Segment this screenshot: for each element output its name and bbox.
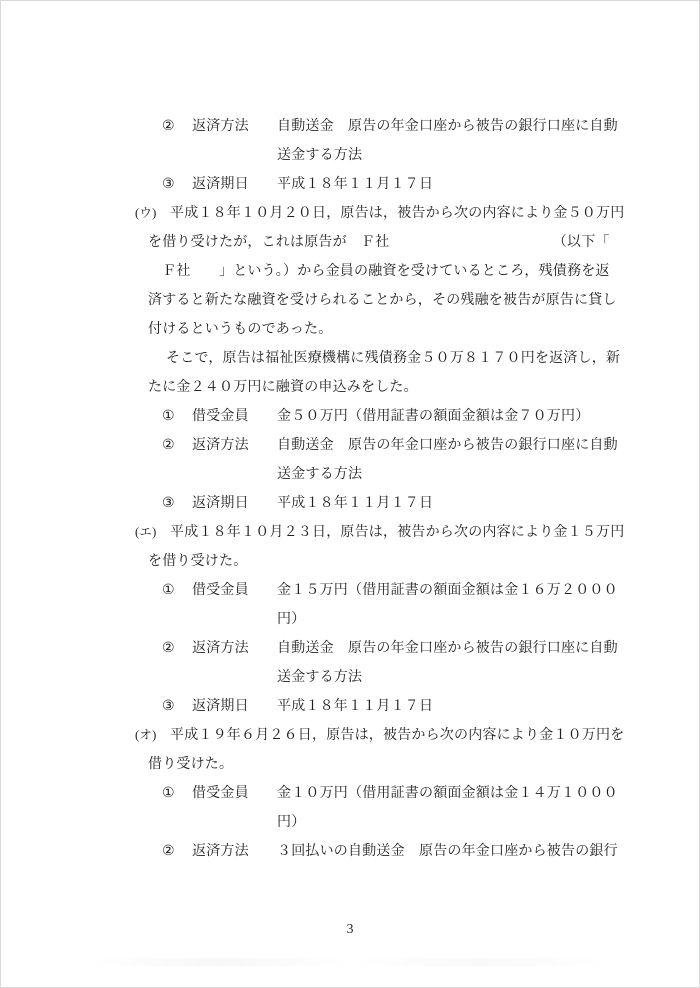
item-value: ３回払いの自動送金 原告の年金口座から被告の銀行 [277, 837, 618, 866]
document-line: ② 返済方法 自動送金 原告の年金口座から被告の銀行口座に自動 [0, 112, 700, 141]
paragraph-marker: (オ) [135, 721, 156, 750]
document-line: Ｆ社 」という。）から金員の融資を受けているところ，残債務を返 [0, 257, 700, 286]
item-number: ③ [162, 692, 175, 721]
document-line: そこで，原告は福祉医療機構に残債務金５０万８１７０円を返済し，新 [0, 344, 700, 373]
item-label: 返済期日 [192, 692, 249, 721]
document-line: 送金する方法 [0, 460, 700, 489]
item-label: 返済方法 [192, 634, 249, 663]
paragraph-text: を借り受けた。 [148, 547, 247, 576]
item-value-continuation: 円） [277, 605, 305, 634]
item-label: 借受金員 [192, 576, 249, 605]
document-line: 円） [0, 808, 700, 837]
paragraph-text: たに金２４０万円に融資の申込みをした。 [148, 373, 418, 402]
item-value: 自動送金 原告の年金口座から被告の銀行口座に自動 [277, 634, 618, 663]
item-label: 返済期日 [192, 170, 249, 199]
item-number: ③ [162, 170, 175, 199]
item-value-continuation: 円） [277, 808, 305, 837]
scanned-document-page: ② 返済方法 自動送金 原告の年金口座から被告の銀行口座に自動 送金する方法 ③… [0, 0, 700, 988]
document-line: ② 返済方法 ３回払いの自動送金 原告の年金口座から被告の銀行 [0, 837, 700, 866]
document-line: を借り受けた。 [0, 547, 700, 576]
document-line: ① 借受金員 金１５万円（借用証書の額面金額は金１６万２０００ [0, 576, 700, 605]
item-label: 返済方法 [192, 431, 249, 460]
document-line: 付けるというものであった。 [0, 315, 700, 344]
document-body: ② 返済方法 自動送金 原告の年金口座から被告の銀行口座に自動 送金する方法 ③… [0, 112, 700, 866]
paragraph-text: 平成１８年１０月２３日，原告は，被告から次の内容により金１５万円 [170, 518, 624, 547]
item-value: 金１０万円（借用証書の額面金額は金１４万１０００ [277, 779, 618, 808]
document-line: ③ 返済期日 平成１８年１１月１７日 [0, 692, 700, 721]
item-number: ② [162, 431, 175, 460]
item-number: ② [162, 634, 175, 663]
item-number: ① [162, 779, 175, 808]
document-line: ② 返済方法 自動送金 原告の年金口座から被告の銀行口座に自動 [0, 634, 700, 663]
paragraph-text: 平成１９年６月２６日，原告は，被告から次の内容により金１０万円を [170, 721, 624, 750]
item-label: 借受金員 [192, 402, 249, 431]
item-label: 借受金員 [192, 779, 249, 808]
document-line: ③ 返済期日 平成１８年１１月１７日 [0, 170, 700, 199]
item-label: 返済方法 [192, 837, 249, 866]
item-value-continuation: 送金する方法 [277, 460, 362, 489]
document-line: 送金する方法 [0, 663, 700, 692]
paragraph-text: を借り受けたが，これは原告が Ｆ社 （以下「 [148, 228, 610, 257]
document-line: (ウ) 平成１８年１０月２０日，原告は，被告から次の内容により金５０万円 [0, 199, 700, 228]
item-label: 返済期日 [192, 489, 249, 518]
document-line: (オ) 平成１９年６月２６日，原告は，被告から次の内容により金１０万円を [0, 721, 700, 750]
document-line: ② 返済方法 自動送金 原告の年金口座から被告の銀行口座に自動 [0, 431, 700, 460]
item-number: ③ [162, 489, 175, 518]
document-line: 円） [0, 605, 700, 634]
paragraph-text: Ｆ社 」という。）から金員の融資を受けているところ，残債務を返 [148, 257, 610, 286]
item-value: 自動送金 原告の年金口座から被告の銀行口座に自動 [277, 112, 618, 141]
document-line: 済すると新たな融資を受けられることから，その残融を被告が原告に貸し [0, 286, 700, 315]
paragraph-marker: (エ) [135, 518, 156, 547]
item-value: 金１５万円（借用証書の額面金額は金１６万２０００ [277, 576, 618, 605]
document-line: 送金する方法 [0, 141, 700, 170]
item-number: ① [162, 576, 175, 605]
paragraph-text: 平成１８年１０月２０日，原告は，被告から次の内容により金５０万円 [170, 199, 624, 228]
item-value: 金５０万円（借用証書の額面金額は金７０万円） [277, 402, 589, 431]
item-label: 返済方法 [192, 112, 249, 141]
item-number: ② [162, 837, 175, 866]
item-value-continuation: 送金する方法 [277, 141, 362, 170]
document-line: を借り受けたが，これは原告が Ｆ社 （以下「 [0, 228, 700, 257]
item-value: 自動送金 原告の年金口座から被告の銀行口座に自動 [277, 431, 618, 460]
document-line: ③ 返済期日 平成１８年１１月１７日 [0, 489, 700, 518]
item-value: 平成１８年１１月１７日 [277, 692, 433, 721]
document-line: たに金２４０万円に融資の申込みをした。 [0, 373, 700, 402]
document-line: (エ) 平成１８年１０月２３日，原告は，被告から次の内容により金１５万円 [0, 518, 700, 547]
paragraph-text: 付けるというものであった。 [148, 315, 332, 344]
paragraph-marker: (ウ) [135, 199, 156, 228]
document-line: ① 借受金員 金１０万円（借用証書の額面金額は金１４万１０００ [0, 779, 700, 808]
item-value: 平成１８年１１月１７日 [277, 170, 433, 199]
page-number: 3 [0, 922, 700, 938]
paragraph-text: 借り受けた。 [148, 750, 233, 779]
item-value-continuation: 送金する方法 [277, 663, 362, 692]
item-value: 平成１８年１１月１７日 [277, 489, 433, 518]
scan-artifact [90, 958, 610, 966]
document-line: ① 借受金員 金５０万円（借用証書の額面金額は金７０万円） [0, 402, 700, 431]
paragraph-text: そこで，原告は福祉医療機構に残債務金５０万８１７０円を返済し，新 [166, 344, 620, 373]
item-number: ② [162, 112, 175, 141]
item-number: ① [162, 402, 175, 431]
paragraph-text: 済すると新たな融資を受けられることから，その残融を被告が原告に貸し [148, 286, 617, 315]
document-line: 借り受けた。 [0, 750, 700, 779]
